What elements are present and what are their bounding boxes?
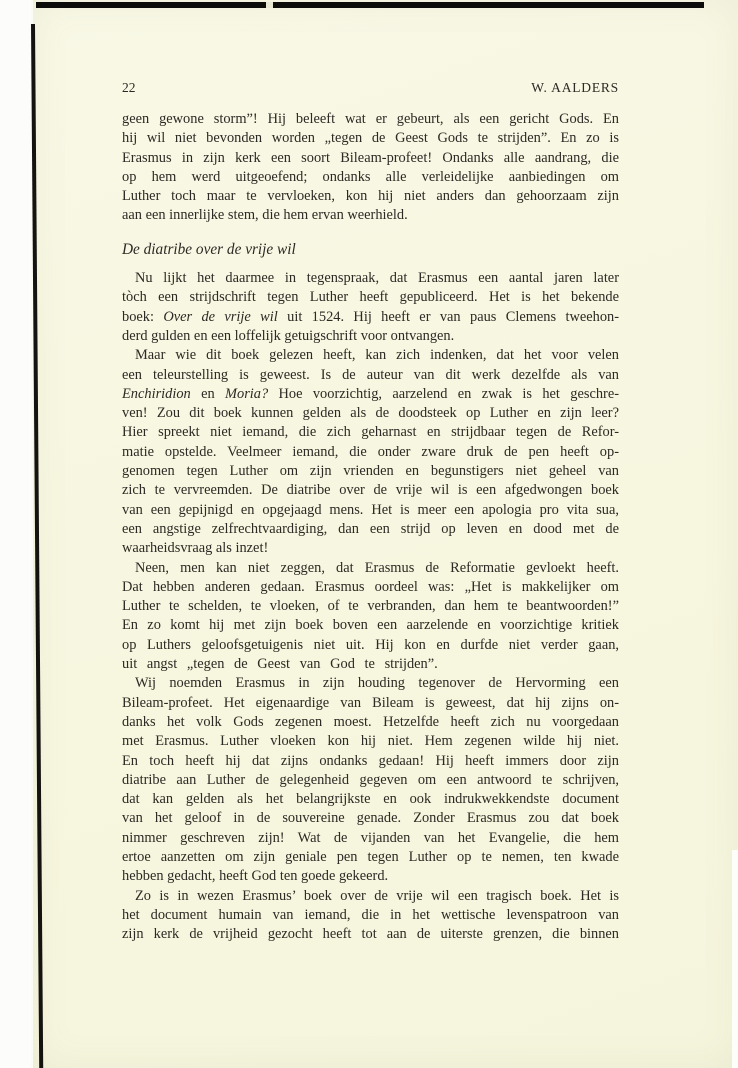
text-line: op Luthers geloofsgetuigenis niet uit. H… [122,636,619,655]
paragraph: Nu lijkt het daarmee in tegenspraak, dat… [122,269,619,346]
paragraph: Maar wie dit boek gelezen heeft, kan zic… [122,346,619,558]
text-line: Maar wie dit boek gelezen heeft, kan zic… [122,346,619,365]
text-line: van het geloof in de souvereine genade. … [122,809,619,828]
text-segment: Hoe voorzichtig, aarzelend en zwak is he… [268,386,619,402]
italic-text: Moria? [225,386,268,402]
text-line: En zo komt hij met zijn boek boven een a… [122,616,619,635]
text-line: zijn kerk de vrijheid gezocht heeft tot … [122,925,619,944]
text-line: Neen, men kan niet zeggen, dat Erasmus d… [122,559,619,578]
text-line: Bileam-profeet. Het eigenaardige van Bil… [122,694,619,713]
paragraph: Wij noemden Erasmus in zijn houding tege… [122,674,619,886]
text-line: een angstige zelfrechtvaardiging, dan ee… [122,520,619,539]
page-header: 22 W. AALDERS [122,80,619,96]
text-line: waarheidsvraag als inzet! [122,539,619,558]
text-line: hebben gedacht, heeft God ten goede geke… [122,867,619,886]
text-line: diatribe aan Luther de gelegenheid gegev… [122,771,619,790]
text-segment: uit 1524. Hij heeft er van paus Clemens … [278,309,619,325]
text-segment: boek: [122,309,163,325]
text-line: Nu lijkt het daarmee in tegenspraak, dat… [122,269,619,288]
scan-top-edge-gap [266,2,273,8]
section-heading: De diatribe over de vrije wil [122,240,619,259]
text-line: geen gewone storm”! Hij beleeft wat er g… [122,110,619,129]
text-line: derd gulden en een loffelijk getuigschri… [122,327,619,346]
text-line: een teleurstelling is geweest. Is de aut… [122,366,619,385]
text-line: het document humain van iemand, die in h… [122,906,619,925]
paragraph: Zo is in wezen Erasmus’ boek over de vri… [122,887,619,945]
text-line: ertoe aanzetten om zijn geniale pen tege… [122,848,619,867]
italic-text: Enchiridion [122,386,191,402]
text-line: Luther toch maar te vervloeken, kon hij … [122,187,619,206]
text-line: Hier spreekt niet iemand, die zich gehar… [122,423,619,442]
text-line: hij wil niet bevonden worden „tegen de G… [122,129,619,148]
text-line: danks het volk Gods zegenen moest. Hetze… [122,713,619,732]
text-line: Erasmus in zijn kerk een soort Bileam-pr… [122,149,619,168]
text-line: nimmer geschreven zijn! Wat de vijanden … [122,829,619,848]
scan-top-edge [36,2,704,8]
page-number: 22 [122,80,136,96]
scan-right-margin [732,850,738,1068]
text-line: Zo is in wezen Erasmus’ boek over de vri… [122,887,619,906]
text-line: met Erasmus. Luther vloeken kon hij niet… [122,732,619,751]
paragraph: Neen, men kan niet zeggen, dat Erasmus d… [122,559,619,675]
text-line: En toch heeft hij dat zijns ondanks geda… [122,752,619,771]
text-segment: en [191,386,225,402]
text-line: zich te vervreemden. De diatribe over de… [122,481,619,500]
text-line: boek: Over de vrije wil uit 1524. Hij he… [122,308,619,327]
text-line: van een gepijnigd en opgejaagd mens. Het… [122,501,619,520]
text-line: op hem werd uitgeoefend; ondanks alle ve… [122,168,619,187]
text-line: Enchiridion en Moria? Hoe voorzichtig, a… [122,385,619,404]
text-line: Luther te schelden, te vloeken, of te ve… [122,597,619,616]
running-title: W. AALDERS [531,80,619,96]
text-line: ven! Zou dit boek kunnen gelden als de d… [122,404,619,423]
text-line: tòch een strijdschrift tegen Luther heef… [122,288,619,307]
text-line: Wij noemden Erasmus in zijn houding tege… [122,674,619,693]
text-line: dat kan gelden als het belangrijkste en … [122,790,619,809]
page-content: geen gewone storm”! Hij beleeft wat er g… [122,110,619,944]
text-line: genomen tegen Luther om zijn vrienden en… [122,462,619,481]
paragraph: geen gewone storm”! Hij beleeft wat er g… [122,110,619,226]
text-line: uit angst „tegen de Geest van God te str… [122,655,619,674]
text-line: aan een innerlijke stem, die hem ervan w… [122,206,619,225]
scan-left-margin [0,0,31,1068]
text-line: matie opstelde. Veelmeer iemand, die ond… [122,443,619,462]
italic-text: Over de vrije wil [163,309,277,325]
text-line: Dat hebben anderen gedaan. Erasmus oorde… [122,578,619,597]
